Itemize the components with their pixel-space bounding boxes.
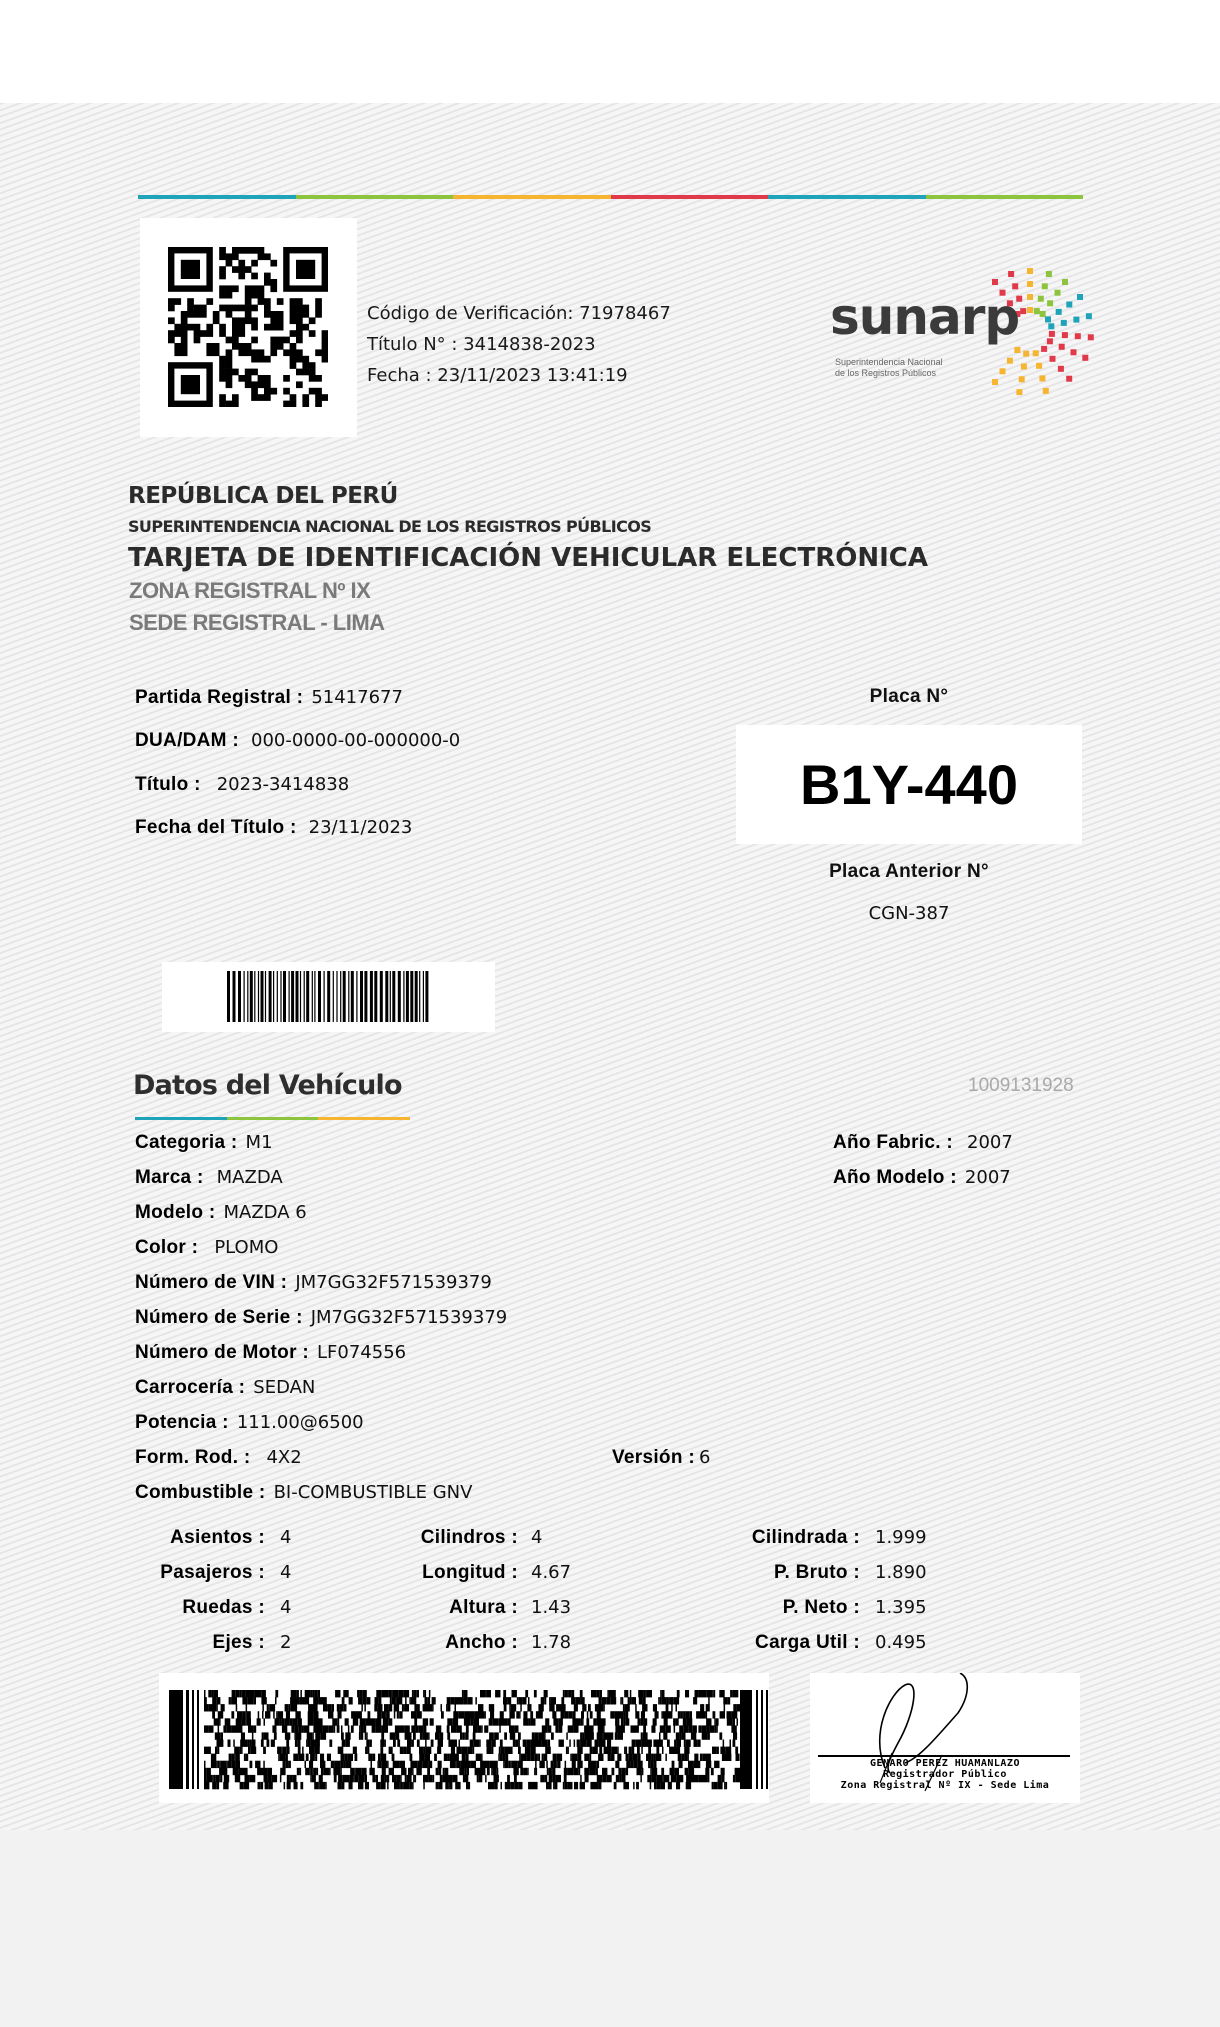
color-bar-segment [453, 195, 611, 199]
verification-code: Código de Verificación: 71978467 [367, 298, 671, 329]
field-value: 111.00@6500 [237, 1412, 364, 1433]
plate-number: B1Y-440 [800, 752, 1018, 817]
field-value: 2023-3414838 [217, 774, 349, 795]
field-modelo: Modelo :MAZDA 6 [135, 1201, 307, 1224]
color-bar-segment [611, 195, 769, 199]
spec-value: 4 [531, 1527, 542, 1548]
field-label: Año Modelo : [833, 1167, 957, 1188]
signature-line [818, 1755, 1070, 1757]
field-titulo: Título :2023-3414838 [135, 773, 349, 796]
field-partida: Partida Registral :51417677 [135, 686, 403, 709]
vehicle-data-title-bar [135, 1117, 410, 1120]
header-sede: SEDE REGISTRAL - LIMA [129, 610, 385, 636]
field-value: 2007 [967, 1132, 1013, 1153]
field-label: Número de Serie : [135, 1307, 303, 1328]
field-combustible: Combustible :BI-COMBUSTIBLE GNV [135, 1481, 472, 1504]
spec-label: Carga Util : [755, 1632, 860, 1654]
spec-value: 4 [280, 1597, 291, 1618]
document-serial: 1009131928 [968, 1075, 1074, 1097]
field-motor: Número de Motor :LF074556 [135, 1341, 406, 1364]
spec-value: 1.395 [875, 1597, 927, 1618]
field-value: MAZDA [217, 1167, 283, 1188]
field-value: LF074556 [317, 1342, 406, 1363]
field-categoria: Categoria :M1 [135, 1131, 273, 1154]
previous-plate-label: Placa Anterior N° [736, 861, 1082, 883]
signature-zone: Zona Registral Nº IX - Sede Lima [810, 1780, 1080, 1791]
field-value: 2007 [965, 1167, 1011, 1188]
field-label: Año Fabric. : [833, 1132, 953, 1153]
field-label: Número de VIN : [135, 1272, 287, 1293]
previous-plate-number: CGN-387 [736, 903, 1082, 924]
field-marca: Marca :MAZDA [135, 1166, 283, 1189]
verification-titulo: Título N° : 3414838-2023 [367, 329, 671, 360]
spec-value: 1.890 [875, 1562, 927, 1583]
field-version: Versión :6 [612, 1446, 710, 1469]
header-agency: SUPERINTENDENCIA NACIONAL DE LOS REGISTR… [128, 517, 651, 536]
pdf417-barcode-icon [159, 1673, 769, 1803]
field-dua: DUA/DAM :000-0000-00-000000-0 [135, 729, 460, 752]
spec-label: Cilindros : [421, 1527, 518, 1549]
spec-label: Asientos : [170, 1527, 265, 1549]
field-label: DUA/DAM : [135, 730, 239, 751]
field-value: 51417677 [311, 687, 403, 708]
field-color: Color :PLOMO [135, 1236, 278, 1259]
logo-subtitle: Superintendencia Nacional de los Registr… [835, 357, 943, 379]
color-bar-segment [296, 195, 454, 199]
field-anio-fabric: Año Fabric. :2007 [833, 1131, 1013, 1154]
field-value: JM7GG32F571539379 [295, 1272, 492, 1293]
spec-value: 1.78 [531, 1632, 571, 1653]
field-label: Título : [135, 774, 201, 795]
title-bar-segment [135, 1117, 227, 1120]
field-label: Fecha del Título : [135, 817, 297, 838]
color-bar-segment [926, 195, 1084, 199]
field-potencia: Potencia :111.00@6500 [135, 1411, 364, 1434]
field-label: Categoria : [135, 1132, 238, 1153]
vehicle-data-title: Datos del Vehículo [133, 1070, 402, 1101]
spec-value: 4.67 [531, 1562, 571, 1583]
title-bar-segment [227, 1117, 319, 1120]
field-label: Modelo : [135, 1202, 216, 1223]
plate-label: Placa N° [736, 686, 1082, 708]
spec-label: P. Bruto : [774, 1562, 860, 1584]
field-value: 6 [699, 1447, 710, 1468]
field-label: Carrocería : [135, 1377, 245, 1398]
field-label: Partida Registral : [135, 687, 303, 708]
field-value: MAZDA 6 [224, 1202, 307, 1223]
field-label: Número de Motor : [135, 1342, 309, 1363]
spec-label: Ejes : [213, 1632, 266, 1654]
color-bar-segment [138, 195, 296, 199]
field-value: 000-0000-00-000000-0 [251, 730, 460, 751]
field-label: Combustible : [135, 1482, 266, 1503]
field-label: Color : [135, 1237, 198, 1258]
field-value: JM7GG32F571539379 [311, 1307, 508, 1328]
top-color-bar [138, 195, 1083, 199]
spec-label: Pasajeros : [160, 1562, 265, 1584]
signature-name: GENARO PEREZ HUAMANLAZO [810, 1758, 1080, 1769]
field-label: Versión : [612, 1447, 695, 1468]
field-form-rod: Form. Rod. :4X2 [135, 1446, 302, 1469]
pdf417-barcode [159, 1673, 769, 1803]
field-label: Marca : [135, 1167, 204, 1188]
logo-wordmark: sunarp [830, 288, 1019, 346]
spec-value: 4 [280, 1527, 291, 1548]
spec-label: Longitud : [422, 1562, 518, 1584]
field-label: Potencia : [135, 1412, 229, 1433]
field-vin: Número de VIN :JM7GG32F571539379 [135, 1271, 492, 1294]
verification-info: Código de Verificación: 71978467 Título … [367, 298, 671, 391]
spec-label: Cilindrada : [752, 1527, 860, 1549]
field-label: Form. Rod. : [135, 1447, 250, 1468]
registrar-signature: GENARO PEREZ HUAMANLAZO Registrador Públ… [810, 1673, 1080, 1803]
spec-label: Altura : [449, 1597, 518, 1619]
field-value: BI-COMBUSTIBLE GNV [274, 1482, 473, 1503]
field-fecha-titulo: Fecha del Título :23/11/2023 [135, 816, 412, 839]
barcode-icon [227, 971, 429, 1022]
spec-value: 0.495 [875, 1632, 927, 1653]
verification-fecha: Fecha : 23/11/2023 13:41:19 [367, 360, 671, 391]
sunarp-logo: sunarp Superintendencia Nacional de los … [830, 240, 1100, 400]
field-value: M1 [246, 1132, 273, 1153]
logo-subtitle-line2: de los Registros Públicos [835, 368, 943, 379]
title-bar-segment [318, 1117, 410, 1120]
page-top-margin [0, 0, 1220, 103]
signature-role: Registrador Público [810, 1769, 1080, 1780]
logo-subtitle-line1: Superintendencia Nacional [835, 357, 943, 368]
signature-text: GENARO PEREZ HUAMANLAZO Registrador Públ… [810, 1758, 1080, 1791]
spec-label: P. Neto : [783, 1597, 860, 1619]
header-country: REPÚBLICA DEL PERÚ [128, 483, 398, 509]
color-bar-segment [768, 195, 926, 199]
field-anio-modelo: Año Modelo :2007 [833, 1166, 1011, 1189]
plate-box: B1Y-440 [736, 725, 1082, 844]
field-value: PLOMO [214, 1237, 278, 1258]
spec-value: 1.999 [875, 1527, 927, 1548]
barcode [162, 962, 495, 1032]
spec-value: 1.43 [531, 1597, 571, 1618]
qr-code [140, 218, 357, 437]
qr-code-icon [168, 247, 328, 407]
field-carroceria: Carrocería :SEDAN [135, 1376, 315, 1399]
header-title: TARJETA DE IDENTIFICACIÓN VEHICULAR ELEC… [128, 543, 928, 573]
field-value: 23/11/2023 [309, 817, 413, 838]
spec-value: 2 [280, 1632, 291, 1653]
field-serie: Número de Serie :JM7GG32F571539379 [135, 1306, 507, 1329]
header-zona: ZONA REGISTRAL Nº IX [129, 578, 370, 604]
spec-label: Ancho : [445, 1632, 518, 1654]
field-value: 4X2 [266, 1447, 301, 1468]
spec-label: Ruedas : [182, 1597, 265, 1619]
spec-value: 4 [280, 1562, 291, 1583]
field-value: SEDAN [253, 1377, 315, 1398]
